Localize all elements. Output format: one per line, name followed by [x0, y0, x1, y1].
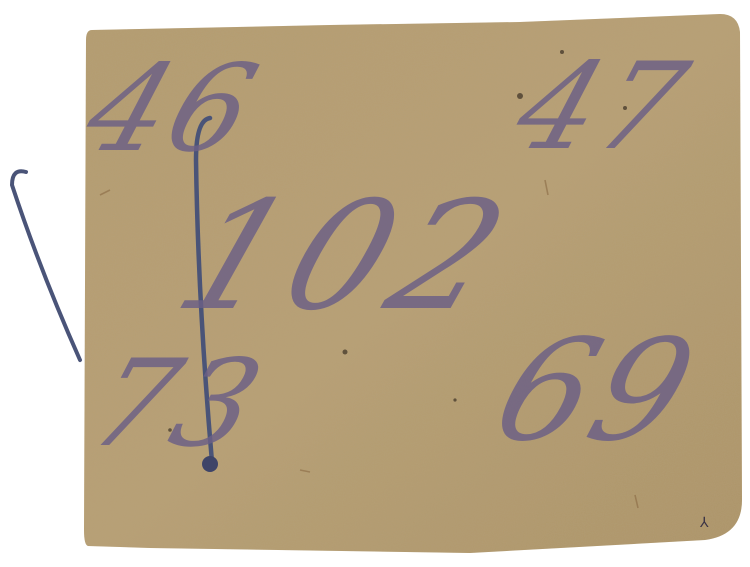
corner-mark: ⅄ [700, 515, 709, 531]
number-center: 102 [157, 170, 537, 344]
cardboard-tag: 46 47 102 73 69 ⅄ [0, 0, 750, 567]
thread [12, 171, 80, 360]
